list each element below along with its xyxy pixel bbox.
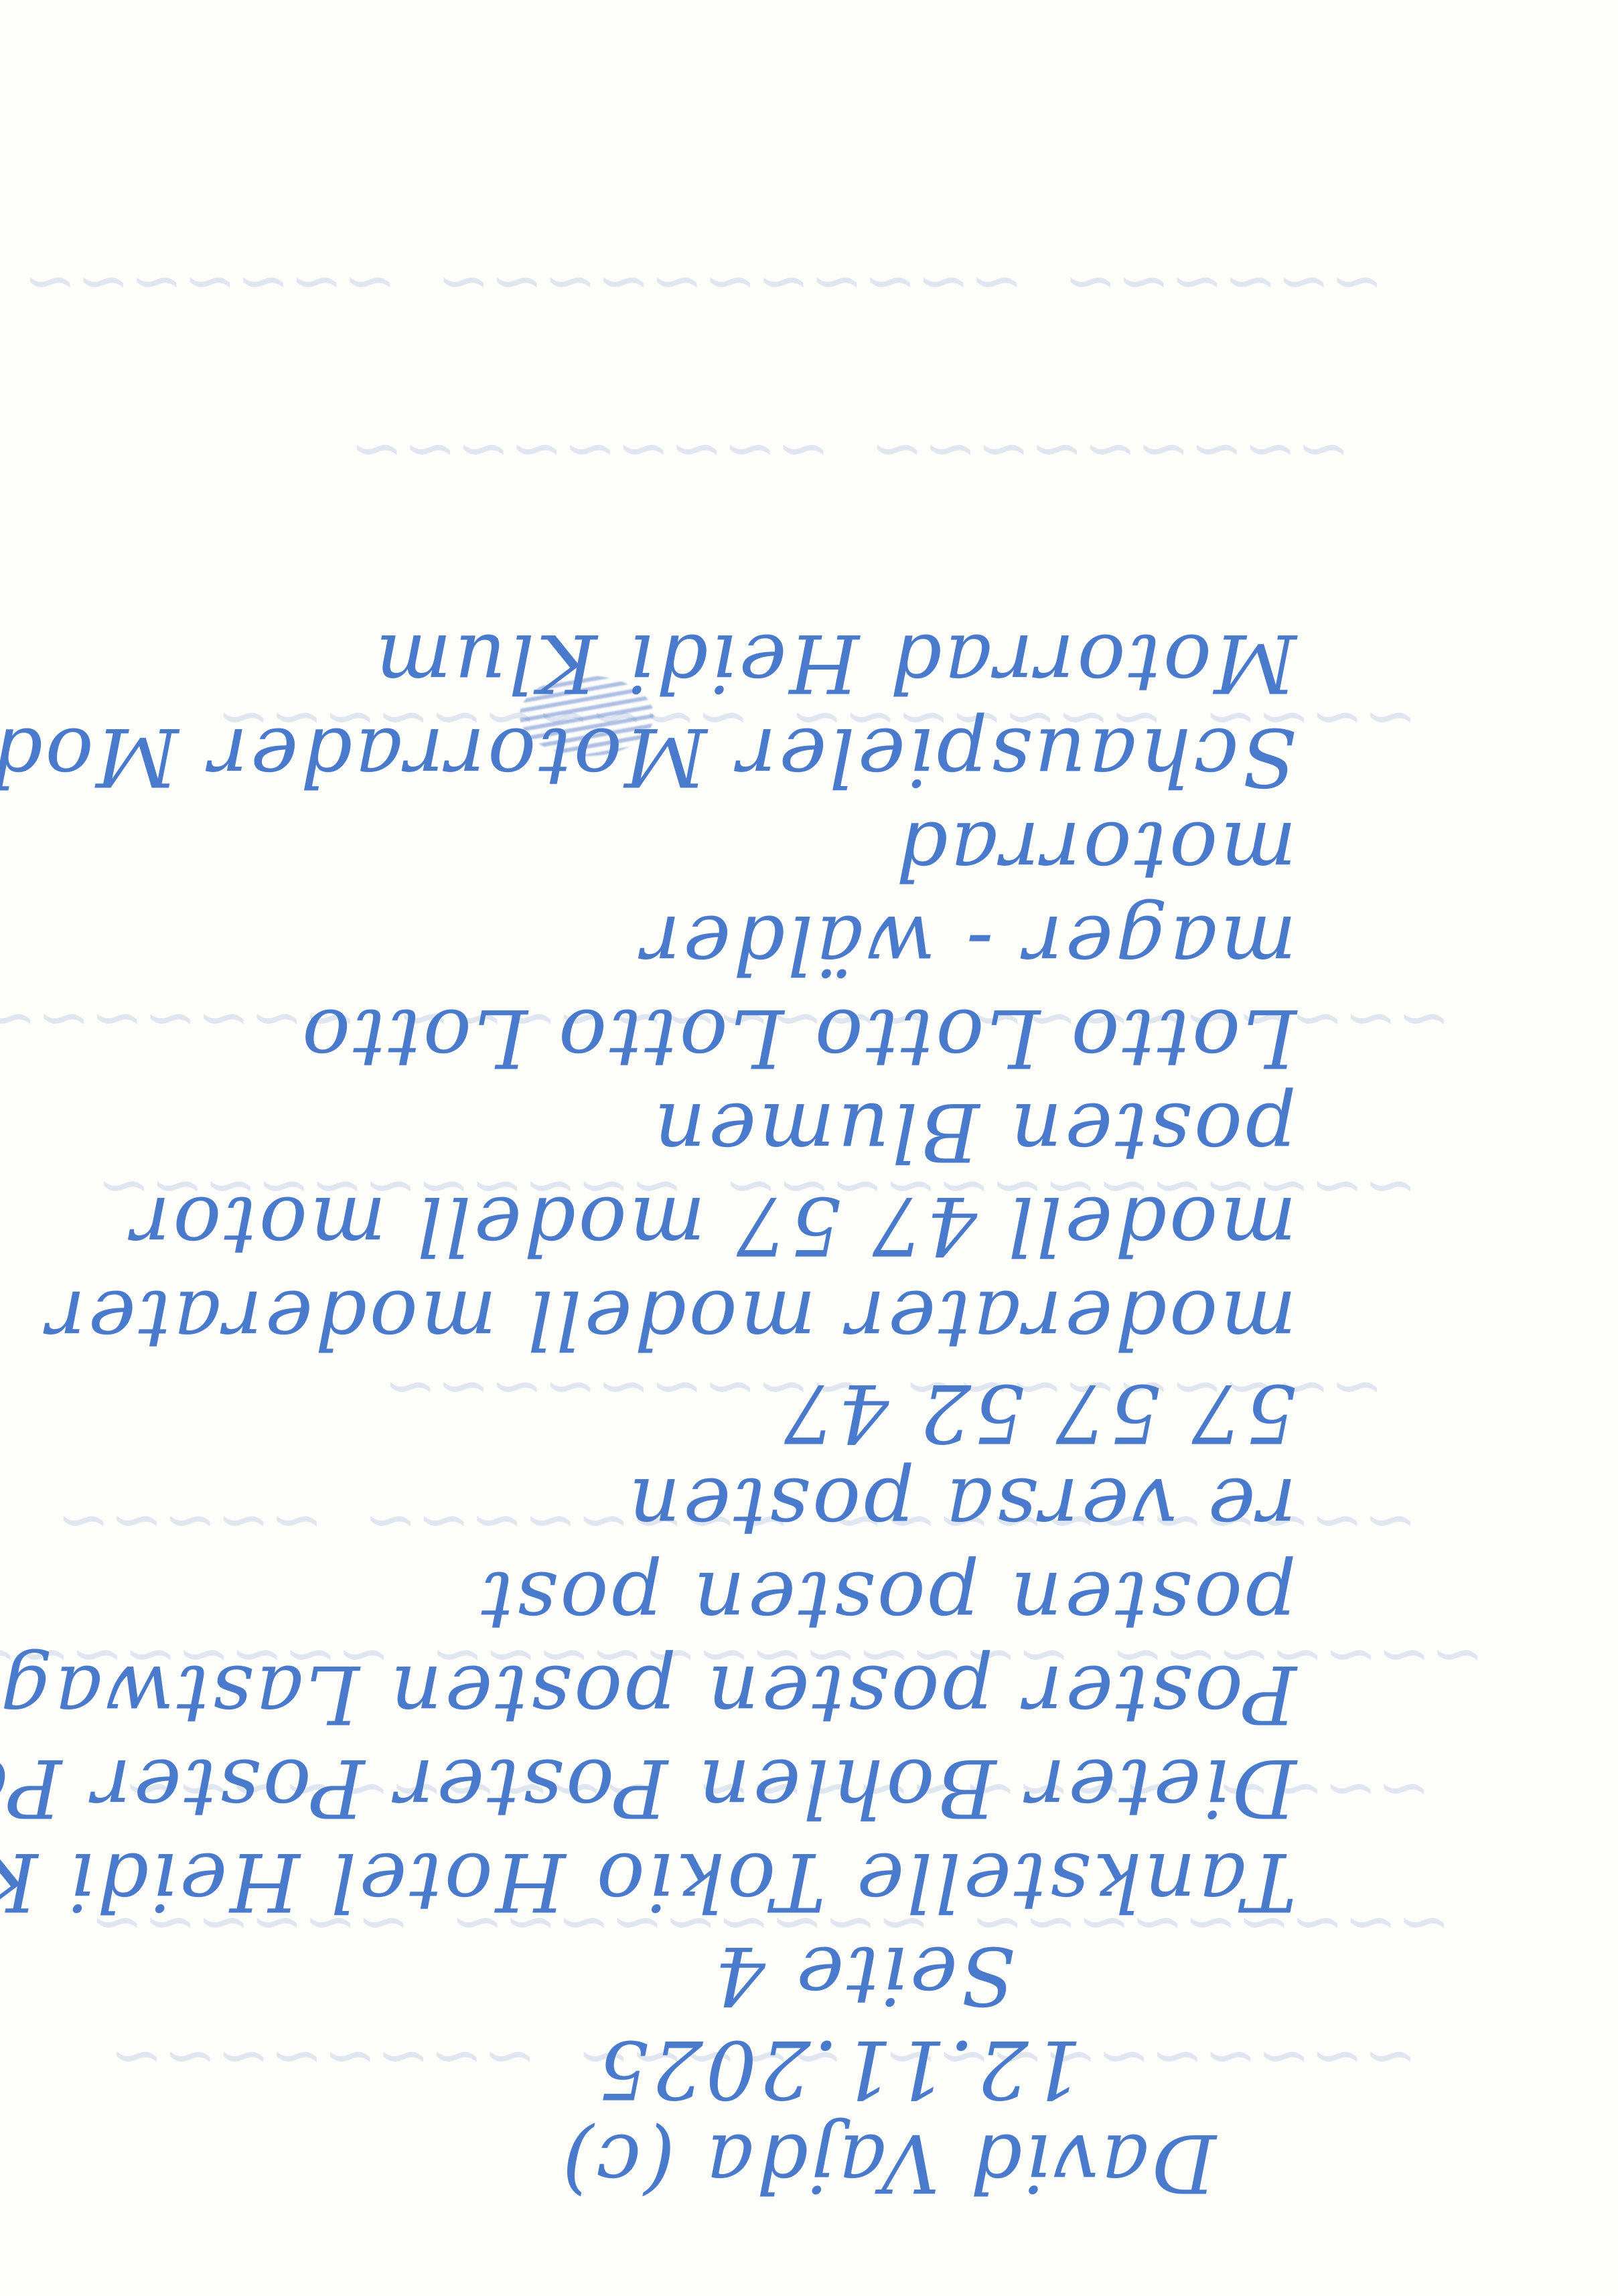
text-line: motorrad [893,810,1297,890]
text-line: re versa posten [626,1466,1297,1546]
text-line: Poster posten posten Lastwagen Lastwagen [0,1653,1297,1734]
text-line: Schauspieler Motorrader Modelle [0,716,1297,796]
bleed-through-text: ~~~~~~~~~ ~~~~~~~~~ [350,414,1350,488]
text-line: mager - wälder [640,903,1297,984]
text-line: moderater modell moderater [44,1278,1297,1359]
date-line: 12.11.2025 [595,2028,1082,2109]
text-line: modell 47 57 modell motor [129,1184,1297,1265]
text-line: posten Blumen [652,1091,1297,1171]
text-line: Lotto Lotto Lotto Lotto [299,997,1297,1077]
page-number-line: Seite 4 [712,1934,1015,2015]
text-line: posten posten post [479,1559,1297,1640]
text-line: Motorrad Heidi Klum [373,622,1297,702]
author-line: David Vajda (c) [559,2122,1216,2202]
text-line: 57 57 52 47 [782,1372,1297,1452]
scanned-page: ~~~~~~~~ ~~~~~ ~~~~~~~~~~ ~~~~~~ ~~~~~~~… [0,0,1618,2296]
text-line: Tankstelle Tokio Hotel Heidi Klum [0,1841,1297,1921]
bleed-through-text: ~~~~~~~ ~~~~~~~~~~~ ~~~~~~ [23,247,1384,321]
text-line: Dieter Bohlen Poster Poster Poster [0,1747,1297,1827]
